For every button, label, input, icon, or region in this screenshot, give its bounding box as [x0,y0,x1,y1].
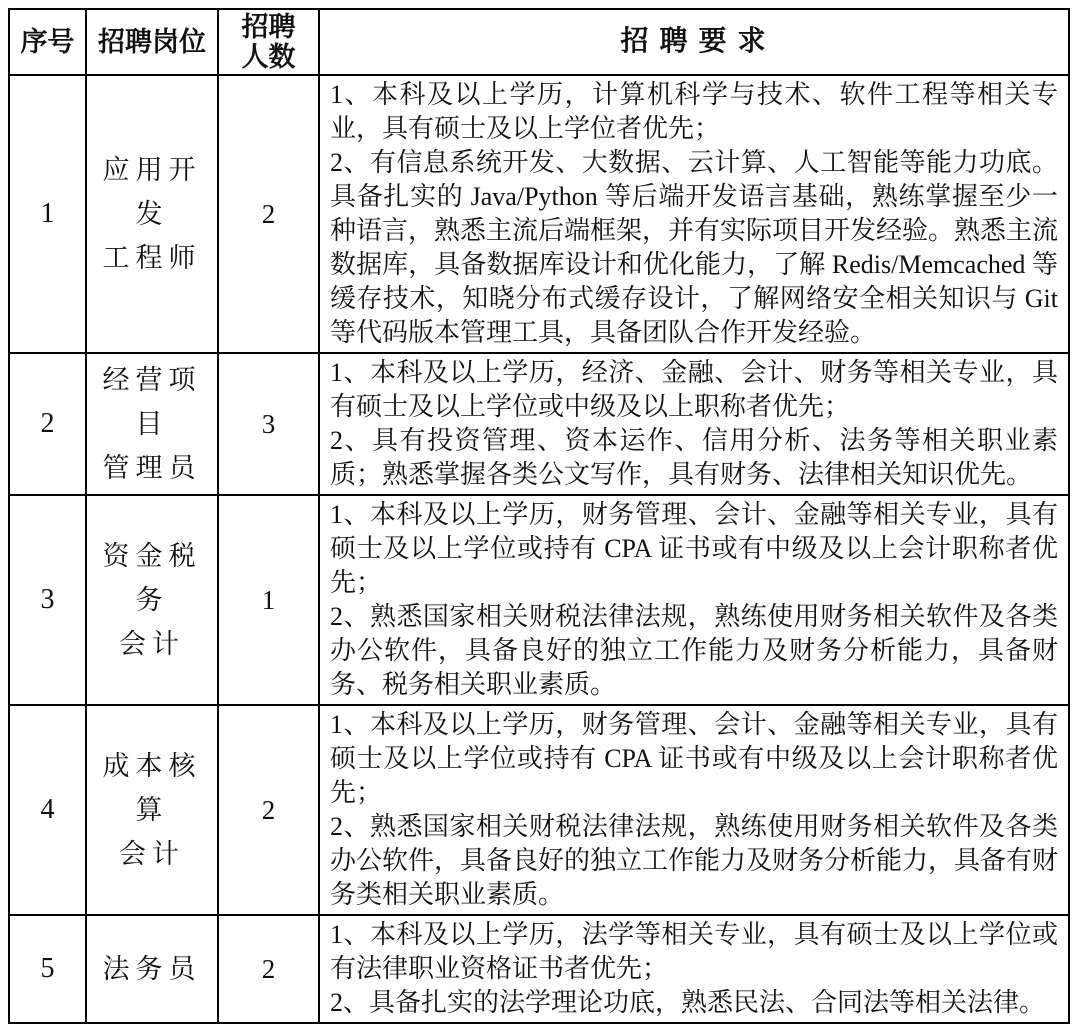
requirements-cell: 1、本科及以上学历，财务管理、会计、金融等相关专业，具有硕士及以上学位或持有 C… [319,495,1069,705]
recruitment-table: 序号 招聘岗位 招聘 人数 招 聘 要 求 1 应用开发 工程师 2 1、本科及… [8,8,1070,1024]
position-cell: 法务员 [86,915,218,1023]
table-row: 1 应用开发 工程师 2 1、本科及以上学历，计算机科学与技术、软件工程等相关专… [9,75,1069,353]
row-index: 1 [9,75,86,353]
requirements-cell: 1、本科及以上学历，法学等相关专业，具有硕士及以上学位或有法律职业资格证书者优先… [319,915,1069,1023]
header-count: 招聘 人数 [218,9,319,75]
row-index: 4 [9,705,86,915]
count-cell: 1 [218,495,319,705]
position-cell: 经营项目 管理员 [86,353,218,495]
count-cell: 3 [218,353,319,495]
table-row: 2 经营项目 管理员 3 1、本科及以上学历，经济、金融、会计、财务等相关专业，… [9,353,1069,495]
requirements-cell: 1、本科及以上学历，经济、金融、会计、财务等相关专业，具有硕士及以上学位或中级及… [319,353,1069,495]
recruitment-table-page: 序号 招聘岗位 招聘 人数 招 聘 要 求 1 应用开发 工程师 2 1、本科及… [0,0,1080,927]
table-row: 4 成本核算 会计 2 1、本科及以上学历，财务管理、会计、金融等相关专业，具有… [9,705,1069,915]
position-cell: 成本核算 会计 [86,705,218,915]
table-row: 3 资金税务 会计 1 1、本科及以上学历，财务管理、会计、金融等相关专业，具有… [9,495,1069,705]
count-cell: 2 [218,915,319,1023]
requirements-cell: 1、本科及以上学历，计算机科学与技术、软件工程等相关专业，具有硕士及以上学位者优… [319,75,1069,353]
header-position: 招聘岗位 [86,9,218,75]
row-index: 3 [9,495,86,705]
table-header-row: 序号 招聘岗位 招聘 人数 招 聘 要 求 [9,9,1069,75]
row-index: 2 [9,353,86,495]
requirements-cell: 1、本科及以上学历，财务管理、会计、金融等相关专业，具有硕士及以上学位或持有 C… [319,705,1069,915]
count-cell: 2 [218,75,319,353]
header-requirements: 招 聘 要 求 [319,9,1069,75]
count-cell: 2 [218,705,319,915]
table-row: 5 法务员 2 1、本科及以上学历，法学等相关专业，具有硕士及以上学位或有法律职… [9,915,1069,1023]
row-index: 5 [9,915,86,1023]
position-cell: 应用开发 工程师 [86,75,218,353]
position-cell: 资金税务 会计 [86,495,218,705]
header-index: 序号 [9,9,86,75]
